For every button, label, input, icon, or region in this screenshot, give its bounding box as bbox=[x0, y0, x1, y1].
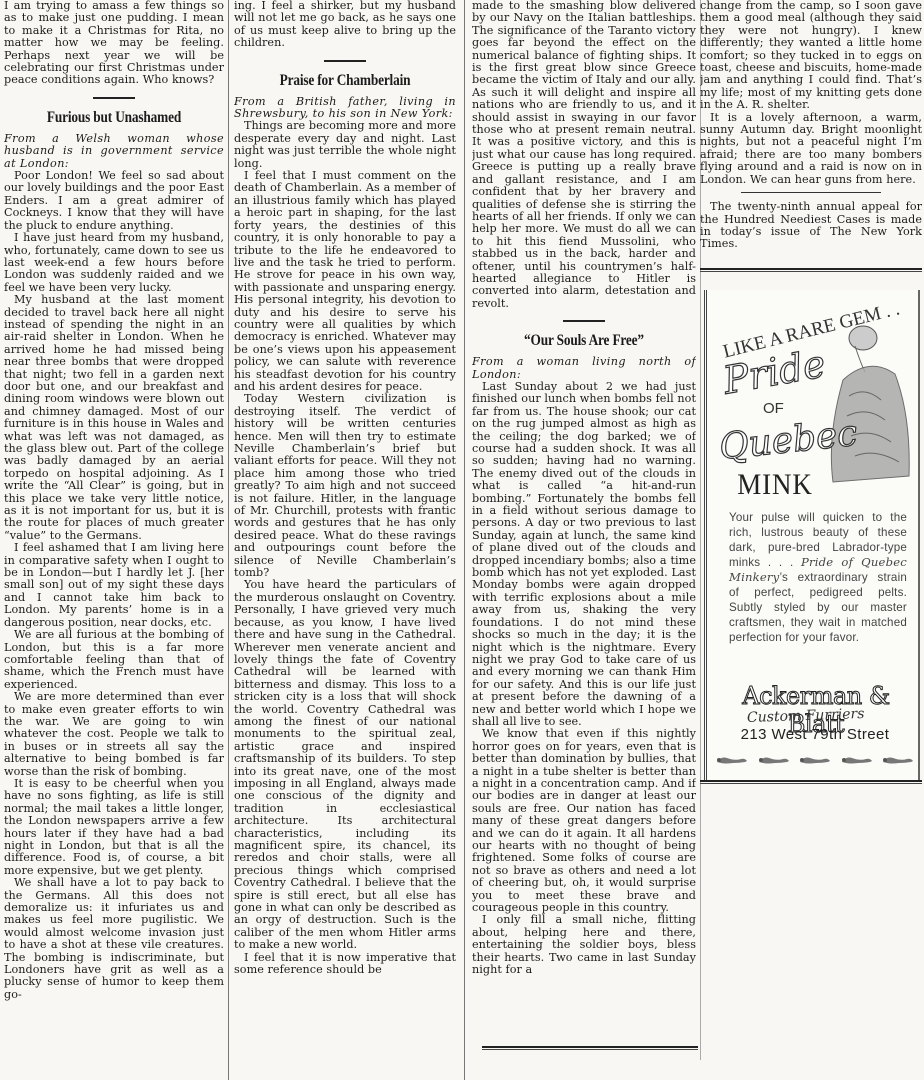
ad-bottom-rule bbox=[700, 780, 922, 784]
mink-silhouette-icon bbox=[798, 752, 832, 766]
paragraph: Things are becoming more and more desper… bbox=[234, 120, 456, 170]
headline-praise-for-chamberlain: Praise for Chamberlain bbox=[250, 72, 441, 90]
ad-body-copy: Your pulse will quicken to the rich, lus… bbox=[729, 510, 907, 645]
paragraph: I have just heard from my husband, who, … bbox=[4, 232, 224, 294]
section-divider bbox=[741, 192, 881, 193]
dateline: From a British father, living in Shrewsb… bbox=[234, 96, 456, 121]
paragraph: My husband at the last moment decided to… bbox=[4, 294, 224, 542]
column-2: ing. I feel a shirker, but my husband wi… bbox=[234, 0, 456, 1080]
mink-silhouette-icon bbox=[881, 752, 915, 766]
headline-furious-but-unashamed: Furious but Unashamed bbox=[19, 109, 208, 127]
column-3: made to the smashing blow delivered by o… bbox=[472, 0, 696, 1040]
column-1: I am trying to amass a few things so as … bbox=[4, 0, 224, 1080]
neediest-cases-notice: The twenty-ninth annual appeal for the H… bbox=[700, 201, 922, 251]
woman-in-fur-illustration-icon bbox=[825, 316, 921, 486]
mink-silhouette-icon bbox=[840, 752, 874, 766]
ad-brand-of: OF bbox=[763, 400, 784, 417]
paragraph: Last Sunday about 2 we had just finished… bbox=[472, 381, 696, 728]
ad-decorative-border bbox=[715, 752, 915, 772]
mink-silhouette-icon bbox=[715, 752, 749, 766]
paragraph: You have heard the particulars of the mu… bbox=[234, 579, 456, 951]
section-divider bbox=[324, 60, 366, 62]
paragraph: change from the camp, so I soon gave the… bbox=[700, 0, 922, 112]
mink-advertisement: LIKE A RARE GEM . . Pride OF Quebec MINK… bbox=[704, 290, 920, 780]
dateline: From a Welsh woman whose husband is in g… bbox=[4, 133, 224, 170]
paragraph: It is a lovely afternoon, a warm, sunny … bbox=[700, 112, 922, 186]
article-continuation: made to the smashing blow delivered by o… bbox=[472, 0, 696, 310]
paragraph: I only fill a small niche, flitting abou… bbox=[472, 914, 696, 976]
ad-product-name: MINK bbox=[737, 468, 813, 502]
paragraph: We are more determined than ever to make… bbox=[4, 691, 224, 778]
dateline: From a woman living north of London: bbox=[472, 356, 696, 381]
ad-top-rule bbox=[700, 268, 922, 272]
section-divider bbox=[563, 320, 605, 322]
column-rule bbox=[464, 0, 465, 1080]
article-continuation: ing. I feel a shirker, but my husband wi… bbox=[234, 0, 456, 50]
paragraph: I feel that it is now imperative that so… bbox=[234, 952, 456, 977]
paragraph: I feel ashamed that I am living here in … bbox=[4, 542, 224, 629]
paragraph: We are all furious at the bombing of Lon… bbox=[4, 629, 224, 691]
column-4: change from the camp, so I soon gave the… bbox=[700, 0, 922, 260]
section-divider bbox=[93, 97, 135, 99]
column-rule bbox=[228, 0, 229, 1080]
paragraph: Today Western civilization is destroying… bbox=[234, 393, 456, 579]
paragraph: We shall have a lot to pay back to the G… bbox=[4, 877, 224, 1001]
paragraph: I feel that I must comment on the death … bbox=[234, 170, 456, 393]
column-end-rule bbox=[482, 1046, 698, 1050]
mink-silhouette-icon bbox=[757, 752, 791, 766]
paragraph: Poor London! We feel so sad about our lo… bbox=[4, 170, 224, 232]
paragraph: It is easy to be cheerful when you have … bbox=[4, 778, 224, 877]
headline-our-souls-are-free: “Our Souls Are Free” bbox=[488, 332, 681, 350]
newspaper-page: I am trying to amass a few things so as … bbox=[0, 0, 924, 1080]
ad-address: 213 West 79th Street bbox=[707, 726, 923, 743]
article-continuation: I am trying to amass a few things so as … bbox=[4, 0, 224, 87]
paragraph: We know that even if this nightly horror… bbox=[472, 728, 696, 914]
